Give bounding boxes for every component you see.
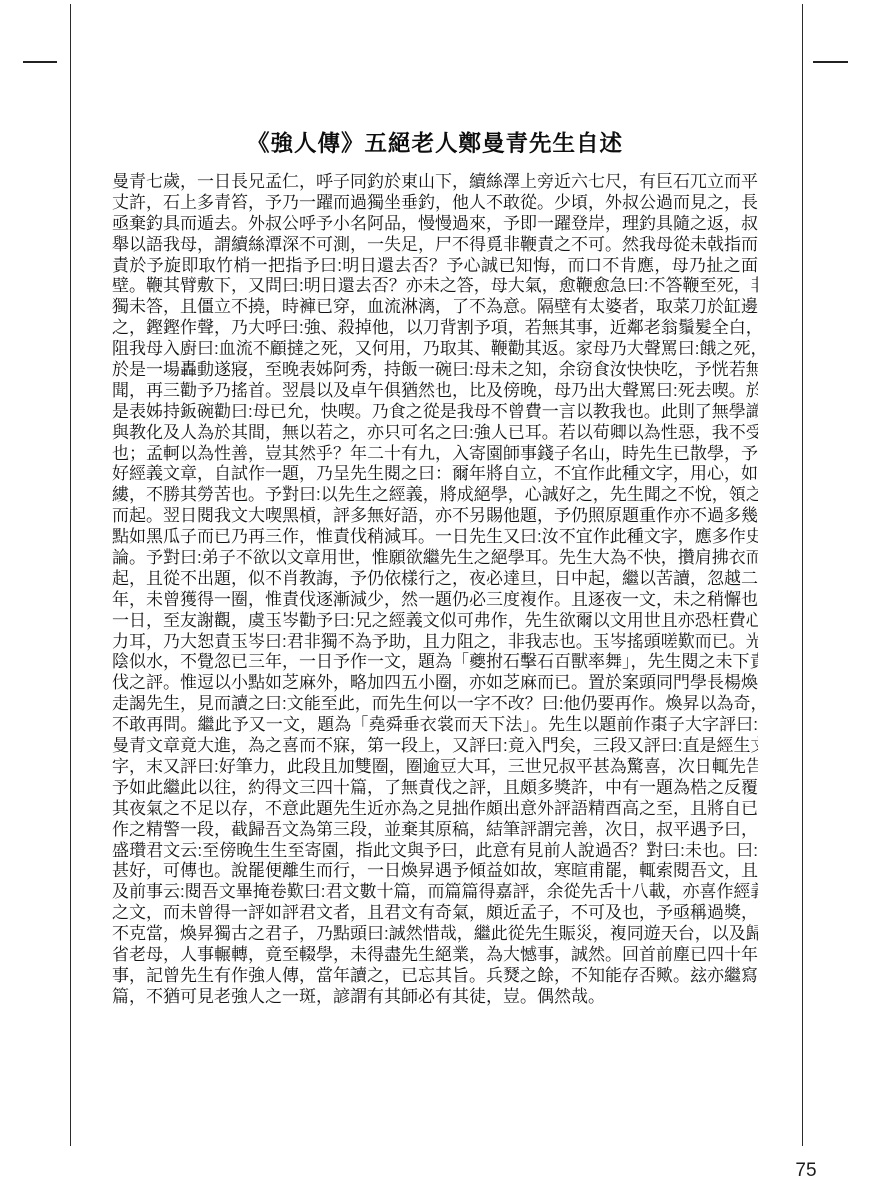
body-line: 陰似水，不覺忽已三年，一日予作一文，題為「夔拊石擊石百獸率舞」，先生閱之未下責: [112, 652, 758, 673]
page-number: 75: [786, 1160, 826, 1182]
body-line: 字，末又評曰:好筆力，此段且加雙圈，圈逾豆大耳，三世兄叔平甚為驚喜，次日輒先告: [112, 757, 758, 778]
body-text: 曼青七歲，一日長兄孟仁，呼子同釣於東山下，續絲澤上旁近六七尺，有巨石兀立而平可丈…: [112, 172, 758, 1008]
body-line: 之，鏗鏗作聲，乃大呼曰:強、殺掉他，以刀背割予項，若無其事，近鄰老翁鬚髮全白，: [112, 318, 758, 339]
body-line: 力耳，乃大恕責玉岑曰:君非獨不為予助，且力阻之，非我志也。玉岑搖頭嗟歎而已。光: [112, 632, 758, 653]
body-line: 不敢再問。繼此予又一文，題為「堯舜垂衣裳而天下法」。先生以題前作棗子大字評曰:: [112, 715, 758, 736]
body-line: 亟棄釣具而遁去。外叔公呼予小名阿品，慢慢過來，予即一躍登岸，理釣具隨之返，叔公: [112, 214, 758, 235]
body-line: 而起。翌日閱我文大喫黑槓，評多無好語，亦不另賜他題，予仍照原題重作亦不過多幾大: [112, 506, 758, 527]
body-line: 不克當，煥昇獨古之君子，乃點頭曰:誠然惜哉，繼此從先生賑災，複同遊天台，以及歸: [112, 924, 758, 945]
right-border-line: [802, 4, 803, 1146]
body-line: 一日，至友謝觀，虞玉岑勸予曰:兄之經義文似可弗作，先生欲爾以文用世且亦恐枉費心: [112, 611, 758, 632]
body-line: 於是一場轟動遂寢，至晚表姊阿秀，持飯一碗曰:母未之知，余窃食汝快快吃，予恍若無: [112, 360, 758, 381]
body-line: 縷，不勝其勞苦也。予對曰:以先生之經義，將成絕學，心誠好之，先生聞之不悅，領之: [112, 485, 758, 506]
body-line: 起，且從不出題，似不肖教誨，予仍依樣行之，夜必達旦，日中起，繼以苦讀，忽越二: [112, 569, 758, 590]
page-title: 《強人傳》五絕老人鄭曼青先生自述: [112, 126, 758, 158]
body-line: 及前事云:閱吾文畢掩卷歎曰:君文數十篇，而篇篇得嘉評，余從先舌十八載，亦喜作經義: [112, 882, 758, 903]
body-line: 甚好，可傳也。說罷便離生而行，一日煥昇遇予傾益如故，寒暄甫罷，輒索閱吾文，且提: [112, 861, 758, 882]
left-border-line: [70, 4, 71, 1146]
body-line: 責於予旋即取竹梢一把指予曰:明日還去否？予心誠已知悔，而口不肯應，母乃扯之面: [112, 256, 758, 277]
body-line: 好經義文章，自試作一題，乃呈先生閱之曰：爾年將自立，不宜作此種文字，用心，如: [112, 464, 758, 485]
body-line: 作之精警一段，截歸吾文為第三段，並棄其原稿，結筆評謂完善，次日，叔平遇予曰，生: [112, 820, 758, 841]
body-line: 曼青文章竟大進，為之喜而不寐，第一段上，又評曰:竟入門矣，三段又評曰:直是經生文: [112, 736, 758, 757]
body-line: 事，記曾先生有作強人傳，當年讀之，已忘其旨。兵燹之餘，不知能存否歟。玆亦繼寫一: [112, 966, 758, 987]
body-line: 之文，而未曾得一評如評君文者，且君文有奇氣，頗近孟子，不可及也，予亟稱過獎，誠: [112, 903, 758, 924]
body-line: 點如黑瓜子而已乃再三作，惟責伐稍減耳。一日先生又曰:汝不宜作此種文字，應多作史: [112, 527, 758, 548]
body-line: 其夜氣之不足以存，不意此題先生近亦為之見拙作頗出意外評語精酉高之至，且將自已所: [112, 799, 758, 820]
body-line: 是表姊持鈑碗勸曰:母已允，快喫。乃食之從是我母不曾費一言以教我也。此則了無學識: [112, 402, 758, 423]
body-line: 阻我母入廚曰:血流不顧撻之死，又何用，乃取其、鞭勸其返。家母乃大聲罵曰:餓之死，: [112, 339, 758, 360]
body-line: 省老母，人事輾轉，竟至輟學，未得盡先生絕業，為大憾事，誠然。回首前塵已四十年間: [112, 945, 758, 966]
body-line: 走謁先生，見而讀之曰:文能至此，而先生何以一字不改？曰:他仍要再作。煥昇以為奇，: [112, 694, 758, 715]
body-line: 曼青七歲，一日長兄孟仁，呼子同釣於東山下，續絲澤上旁近六七尺，有巨石兀立而平可: [112, 172, 758, 193]
body-line: 予如此繼此以往，約得文三四十篇，了無責伐之評，且頗多獎許，中有一題為梏之反覆則: [112, 778, 758, 799]
body-line: 也；孟軻以為性善，豈其然乎？年二十有九，入寄園師事錢子名山，時先生已散學，予愛: [112, 444, 758, 465]
body-line: 伐之評。惟逗以小點如芝麻外，略加四五小圈，亦如芝麻而已。置於案頭同門學長楊煥昇: [112, 673, 758, 694]
body-line: 壁。鞭其臂敷下，又問曰:明日還去否？亦未之答，母大氣，愈鞭愈急曰:不答鞭至死，非: [112, 276, 758, 297]
body-line: 丈許，石上多青笞，予乃一躍而過獨坐垂釣，他人不敢從。少頃，外叔公過而見之，長兄: [112, 193, 758, 214]
body-line: 年，未曾獲得一圈，惟責伐逐漸減少，然一題仍必三度複作。且逐夜一文，未之稍懈也。: [112, 590, 758, 611]
body-line: 舉以語我母，謂續絲潭深不可測，一失足，尸不得覓非鞭責之不可。然我母從未戟指而見: [112, 235, 758, 256]
body-line: 論。予對曰:弟子不欲以文章用世，惟願欲繼先生之絕學耳。先生大為不快，攢肩拂衣而: [112, 548, 758, 569]
body-line: 獨未答，且僵立不撓，時褲已穿，血流淋漓，了不為意。隔壁有太婆者，取菜刀於缸邊磨: [112, 297, 758, 318]
body-line: 與教化及人為於其間，無以若之，亦只可名之曰:強人已耳。若以荀卿以為性惡，我不受: [112, 423, 758, 444]
body-line: 聞，再三勸予乃搖首。翌晨以及卓午俱猶然也，比及傍晚，母乃出大聲罵曰:死去喫。於: [112, 381, 758, 402]
top-right-crop-mark: [813, 61, 848, 63]
document-page: 《強人傳》五絕老人鄭曼青先生自述 曼青七歲，一日長兄孟仁，呼子同釣於東山下，續絲…: [0, 0, 871, 1199]
body-line: 篇，不猶可見老強人之一斑，諺謂有其師必有其徒，豈。偶然哉。: [112, 987, 758, 1008]
top-left-crop-mark: [23, 61, 57, 63]
body-line: 盛瓚君文云:至傍晚生生至寄園，指此文與予曰，此意有見前人說過否？對曰:未也。曰:: [112, 841, 758, 862]
